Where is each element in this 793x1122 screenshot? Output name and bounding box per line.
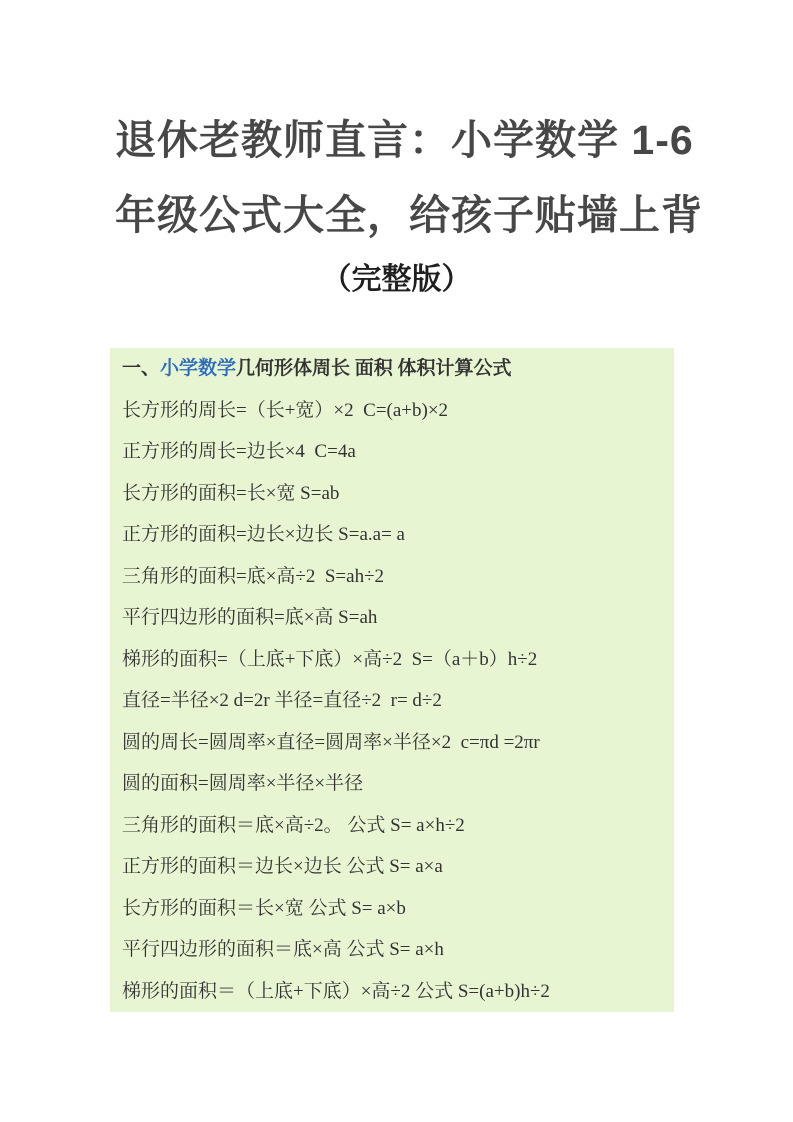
formula-line: 圆的周长=圆周率×直径=圆周率×半径×2 c=πd =2πr <box>122 722 662 764</box>
formula-line: 梯形的面积=（上底+下底）×高÷2 S=（a＋b）h÷2 <box>122 639 662 681</box>
formula-line: 直径=半径×2 d=2r 半径=直径÷2 r= d÷2 <box>122 680 662 722</box>
title-line-1: 退休老教师直言：小学数学 1-6 <box>115 103 685 178</box>
formula-line: 长方形的面积＝长×宽 公式 S= a×b <box>122 888 662 930</box>
document-page: 退休老教师直言：小学数学 1-6 年级公式大全，给孩子贴墙上背 （完整版） 一、… <box>0 0 793 1122</box>
formula-line: 长方形的周长=（长+宽）×2 C=(a+b)×2 <box>122 390 662 432</box>
section-heading-rest: 几何形体周长 面积 体积计算公式 <box>236 358 512 379</box>
formula-line: 平行四边形的面积=底×高 S=ah <box>122 597 662 639</box>
document-title: 退休老教师直言：小学数学 1-6 年级公式大全，给孩子贴墙上背 <box>115 103 685 253</box>
keyword-link[interactable]: 小学数学 <box>160 358 236 379</box>
title-line-2: 年级公式大全，给孩子贴墙上背 <box>115 178 685 253</box>
formula-line: 平行四边形的面积＝底×高 公式 S= a×h <box>122 929 662 971</box>
formula-line: 长方形的面积=长×宽 S=ab <box>122 473 662 515</box>
subtitle: （完整版） <box>0 258 793 302</box>
section-number: 一、 <box>122 358 160 379</box>
formula-line: 正方形的面积＝边长×边长 公式 S= a×a <box>122 846 662 888</box>
formula-box: 一、小学数学几何形体周长 面积 体积计算公式 长方形的周长=（长+宽）×2 C=… <box>110 348 674 1012</box>
formula-line: 三角形的面积=底×高÷2 S=ah÷2 <box>122 556 662 598</box>
formula-line: 正方形的周长=边长×4 C=4a <box>122 431 662 473</box>
formula-line: 梯形的面积＝（上底+下底）×高÷2 公式 S=(a+b)h÷2 <box>122 971 662 1013</box>
formula-line: 三角形的面积＝底×高÷2。 公式 S= a×h÷2 <box>122 805 662 847</box>
formula-line: 正方形的面积=边长×边长 S=a.a= a <box>122 514 662 556</box>
section-heading: 一、小学数学几何形体周长 面积 体积计算公式 <box>122 348 662 390</box>
formula-line: 圆的面积=圆周率×半径×半径 <box>122 763 662 805</box>
